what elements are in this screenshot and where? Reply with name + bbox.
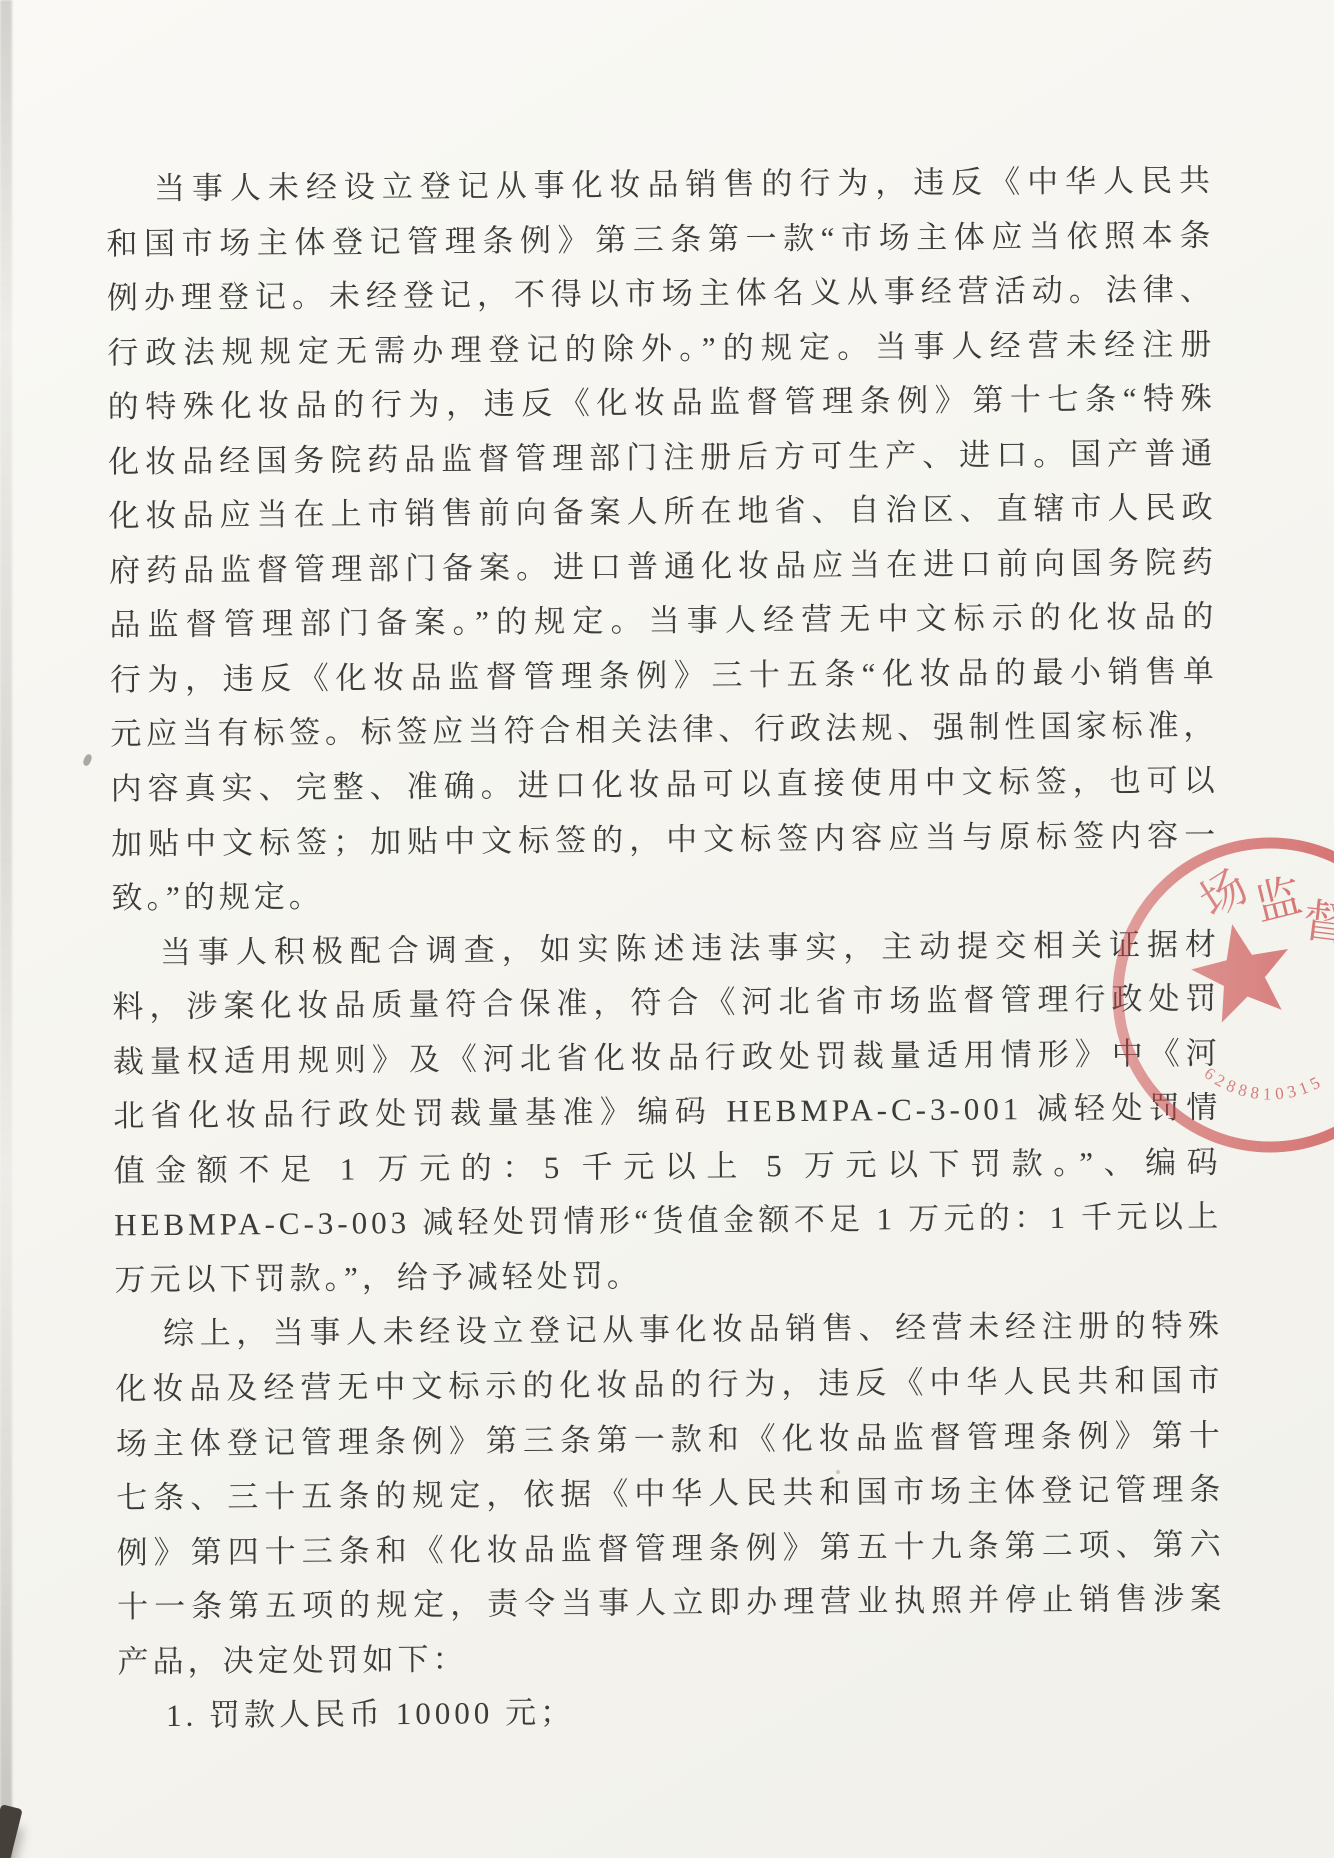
- text-line: 化妆品应当在上市销售前向备案人所在地省、自治区、直辖市人民政: [108, 481, 1216, 544]
- seal-arc-char: 监: [1250, 870, 1307, 931]
- text-line: 产品，决定处罚如下：: [117, 1626, 1225, 1689]
- text-line: 行政法规规定无需办理登记的除外。”的规定。当事人经营未经注册: [107, 317, 1215, 380]
- text-line: 化妆品及经营无中文标示的化妆品的行为，违反《中华人民共和国市: [115, 1354, 1223, 1417]
- seal-arc-char: 督: [1300, 895, 1334, 951]
- text-line: 例办理登记。未经登记，不得以市场主体名义从事经营活动。法律、: [107, 263, 1215, 326]
- scan-speck: [82, 753, 93, 767]
- text-line: 场主体登记管理条例》第三条第一款和《化妆品监督管理条例》第十: [116, 1408, 1224, 1471]
- text-line: 当事人未经设立登记从事化妆品销售的行为，违反《中华人民共: [106, 154, 1214, 217]
- text-line: 行为，违反《化妆品监督管理条例》三十五条“化妆品的最小销售单: [110, 645, 1218, 708]
- text-line: 府药品监督管理部门备案。进口普通化妆品应当在进口前向国务院药: [109, 535, 1217, 598]
- star-icon: [1184, 914, 1300, 1027]
- text-line: 品监督管理部门备案。”的规定。当事人经营无中文标示的化妆品的: [109, 590, 1217, 653]
- text-line: 十一条第五项的规定，责令当事人立即办理营业执照并停止销售涉案: [117, 1572, 1225, 1635]
- text-line: 1. 罚款人民币 10000 元；: [118, 1681, 1226, 1744]
- scanned-penalty-document-page: 当事人未经设立登记从事化妆品销售的行为，违反《中华人民共 和国市场主体登记管理条…: [0, 0, 1334, 1858]
- text-line: 综上，当事人未经设立登记从事化妆品销售、经营未经注册的特殊: [115, 1299, 1223, 1362]
- text-line: 万元以下罚款。”，给予减轻处罚。: [114, 1245, 1222, 1308]
- text-line: 七条、三十五条的规定，依据《中华人民共和国市场主体登记管理条: [116, 1463, 1224, 1526]
- text-line: 的特殊化妆品的行为，违反《化妆品监督管理条例》第十七条“特殊: [108, 372, 1216, 435]
- seal-serial-number: 6288810315: [1201, 1064, 1327, 1104]
- scan-corner-smudge: [0, 1804, 23, 1858]
- text-line: 化妆品经国务院药品监督管理部门注册后方可生产、进口。国产普通: [108, 426, 1216, 489]
- seal-arc-char: 场: [1191, 860, 1257, 928]
- text-line: 和国市场主体登记管理条例》第三条第一款“市场主体应当依照本条: [106, 208, 1214, 271]
- scan-edge-artifact: [0, 0, 12, 1858]
- text-line: 元应当有标签。标签应当符合相关法律、行政法规、强制性国家标准，: [110, 699, 1218, 762]
- red-official-seal-stamp: 场 监 督 管 理 6288810315: [1050, 775, 1334, 1215]
- text-line: 例》第四十三条和《化妆品监督管理条例》第五十九条第二项、第六: [117, 1517, 1225, 1580]
